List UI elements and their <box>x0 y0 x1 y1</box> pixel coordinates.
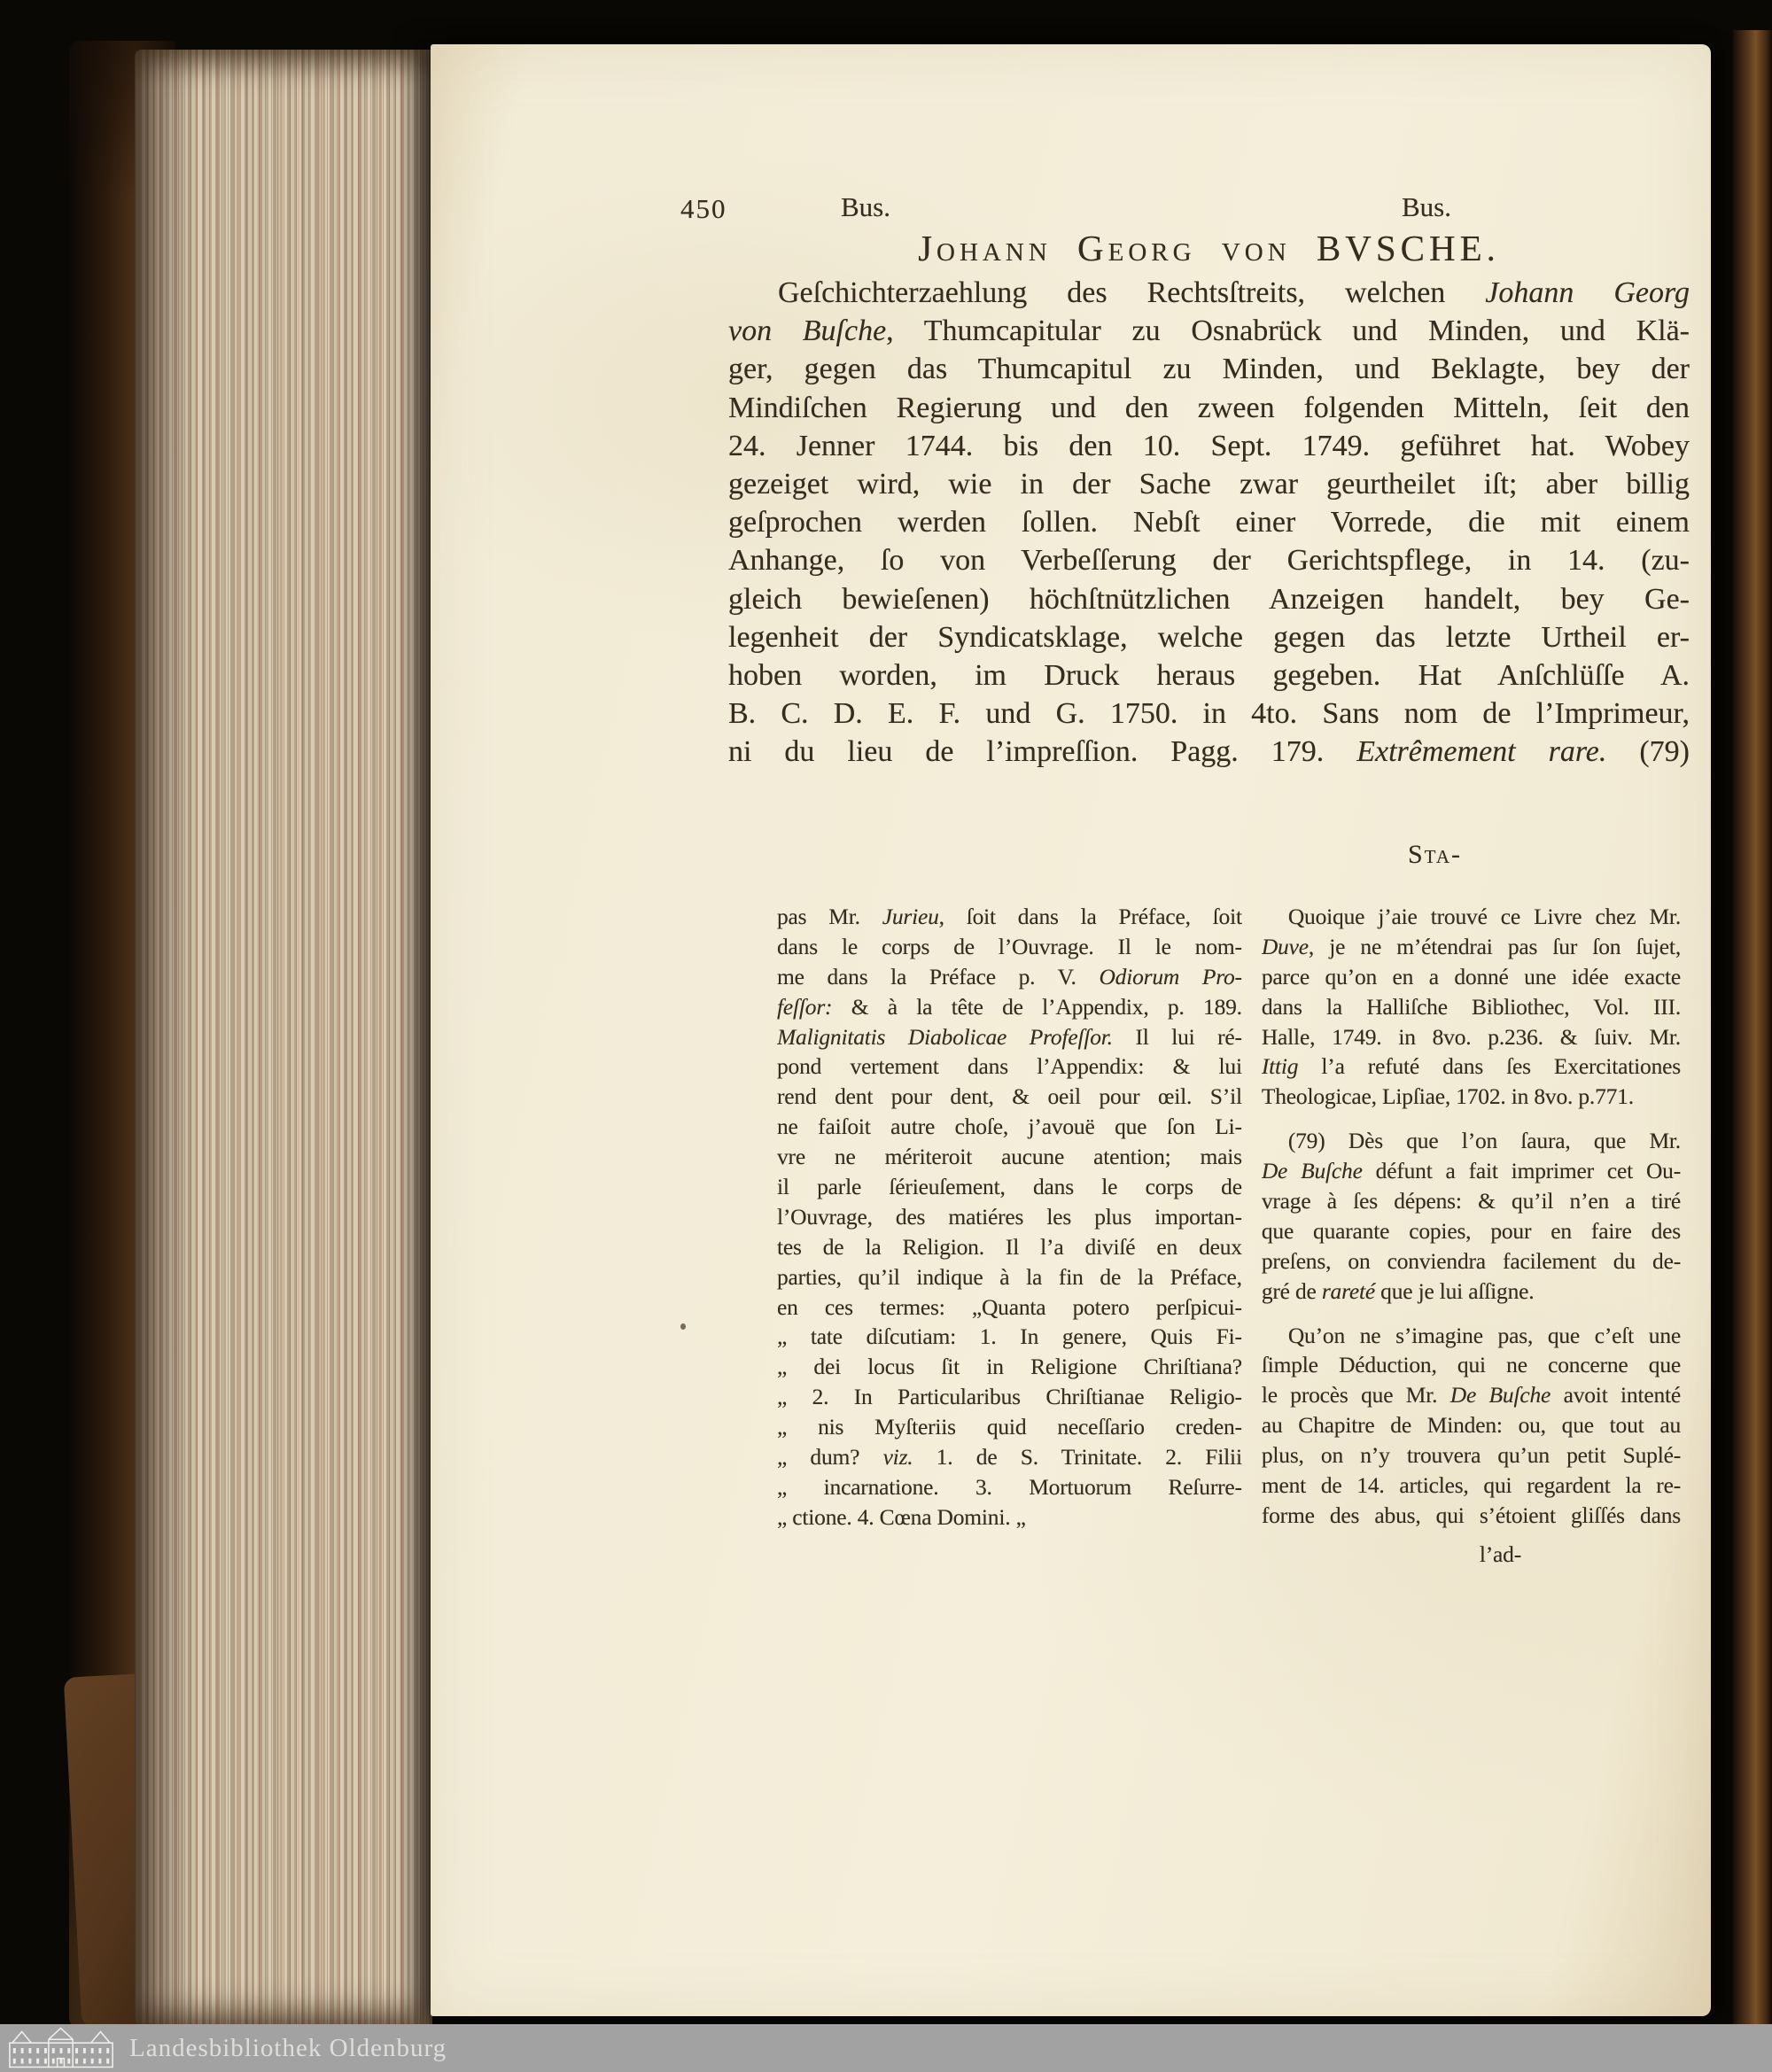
text: & à la tête de l’Appendix, p. 189. <box>832 994 1242 1020</box>
text: 1. de S. Trinitate. 2. Filii <box>913 1444 1241 1470</box>
text: rend dent pour dent, & oeil pour œil. S’… <box>777 1083 1242 1109</box>
text-line: ne faiſoit autre choſe, j’avouë que ſon … <box>777 1114 1242 1144</box>
running-header-left: Bus. <box>812 191 919 223</box>
text-line: gezeiget wird, wie in der Sache zwar geu… <box>728 468 1690 506</box>
text-line: au Chapitre de Minden: ou, que tout au <box>1262 1412 1681 1442</box>
italic-text: Extrêmement rare. <box>1356 735 1606 768</box>
page-number: 450 <box>680 193 727 225</box>
text: dans le corps de l’Ouvrage. Il le nom- <box>777 934 1242 959</box>
main-paragraph: Geſchichterzaehlung des Rechtsſtreits, w… <box>728 276 1690 773</box>
text-line: „ dum? viz. 1. de S. Trinitate. 2. Filii <box>777 1444 1242 1474</box>
text-line: Ittig l’a refuté dans ſes Exercitationes <box>1262 1053 1681 1083</box>
text: ni du lieu de l’impreſſion. Pagg. 179. <box>728 735 1356 768</box>
text-line: ger, gegen das Thumcapitul zu Minden, un… <box>728 353 1690 391</box>
text-line: pas Mr. Jurieu, ſoit dans la Préface, ſo… <box>777 904 1242 934</box>
text: hoben worden, im Druck heraus gegeben. H… <box>728 659 1690 692</box>
text: (79) <box>1606 735 1690 768</box>
library-building-icon <box>7 2027 115 2069</box>
italic-text: Odiorum Pro- <box>1099 964 1241 989</box>
text-line: ment de 14. articles, qui regardent la r… <box>1262 1472 1681 1502</box>
text-line: Geſchichterzaehlung des Rechtsſtreits, w… <box>728 276 1690 314</box>
text: l’a refuté dans ſes Exercitationes <box>1298 1053 1681 1079</box>
italic-text: De Buſche <box>1450 1382 1550 1408</box>
text-line: von Buſche, Thumcapitular zu Osnabrück u… <box>728 314 1690 353</box>
text-line: geſprochen werden ſollen. Nebſt einer Vo… <box>728 506 1690 544</box>
italic-text: Jurieu <box>882 904 939 929</box>
text: que quarante copies, pour en faire des <box>1262 1218 1681 1244</box>
text: pond vertement dans l’Appendix: & lui <box>777 1053 1242 1079</box>
text-line: me dans la Préface p. V. Odiorum Pro- <box>777 964 1242 994</box>
text: l’Ouvrage, des matiéres les plus importa… <box>777 1204 1242 1230</box>
text-line: pond vertement dans l’Appendix: & lui <box>777 1053 1242 1083</box>
library-name: Landesbibliothek Oldenburg <box>129 2034 447 2063</box>
text-line: en ces termes: „Quanta potero perſpicui- <box>777 1294 1242 1324</box>
text-line: il parle ſérieuſement, dans le corps de <box>777 1174 1242 1204</box>
text: gezeiget wird, wie in der Sache zwar geu… <box>728 468 1690 501</box>
italic-text: Johann Georg <box>1485 276 1690 309</box>
running-header-right: Bus. <box>1373 191 1480 223</box>
text: Quoique j’aie trouvé ce Livre chez Mr. <box>1288 904 1681 929</box>
text: Geſchichterzaehlung des Rechtsſtreits, w… <box>778 276 1485 309</box>
text: B. C. D. E. F. und G. 1750. in 4to. Sans… <box>728 697 1690 730</box>
italic-text: von Buſche <box>728 314 886 347</box>
text-line: le procès que Mr. De Buſche avoit intent… <box>1262 1382 1681 1412</box>
text: „ ctione. 4. Cœna Domini. „ <box>777 1504 1026 1530</box>
text: preſens, on conviendra facilement du de- <box>1262 1248 1681 1274</box>
text-line: „ dei locus ſit in Religione Chriſtiana? <box>777 1354 1242 1384</box>
italic-text: viz. <box>883 1444 913 1470</box>
footnote-catchword: l’ad- <box>1262 1541 1681 1568</box>
text-line: „ tate diſcutiam: 1. In genere, Quis Fi- <box>777 1323 1242 1354</box>
text-line: 24. Jenner 1744. bis den 10. Sept. 1749.… <box>728 430 1690 468</box>
text: ne faiſoit autre choſe, j’avouë que ſon … <box>777 1114 1242 1139</box>
text-line: parce qu’on en a donné une idée exacte <box>1262 964 1681 994</box>
page-edges <box>135 50 432 2025</box>
library-footer-bar: Landesbibliothek Oldenburg <box>0 2024 1772 2072</box>
book-page: 450 Bus. Bus. Johann Georg von BVSCHE. G… <box>431 44 1711 2016</box>
text-line: gleich bewieſenen) höchſtnützlichen Anze… <box>728 583 1690 621</box>
text: ger, gegen das Thumcapitul zu Minden, un… <box>728 353 1690 385</box>
text: forme des abus, qui s’étoient gliſſés da… <box>1262 1502 1681 1528</box>
text-line: tes de la Religion. Il l’a diviſé en deu… <box>777 1234 1242 1264</box>
text: geſprochen werden ſollen. Nebſt einer Vo… <box>728 506 1690 539</box>
italic-text: Malignitatis Diabolicae Profeſſor. <box>777 1024 1113 1050</box>
text: en ces termes: „Quanta potero perſpicui- <box>777 1294 1242 1320</box>
text: Il lui ré- <box>1113 1024 1242 1050</box>
text-line: ni du lieu de l’impreſſion. Pagg. 179. E… <box>728 735 1690 773</box>
text-line: ſimple Déduction, qui ne concerne que <box>1262 1352 1681 1382</box>
text-line: Quoique j’aie trouvé ce Livre chez Mr. <box>1262 904 1681 934</box>
text-line: De Buſche défunt a fait imprimer cet Ou- <box>1262 1158 1681 1188</box>
text-line: Mindiſchen Regierung und den zween folge… <box>728 392 1690 430</box>
text: dans la Halliſche Bibliothec, Vol. III. <box>1262 994 1681 1020</box>
text: Anhange, ſo von Verbeſſerung der Gericht… <box>728 544 1690 577</box>
text: pas Mr. <box>777 904 882 929</box>
text: „ tate diſcutiam: 1. In genere, Quis Fi- <box>777 1323 1242 1349</box>
text-line: rend dent pour dent, & oeil pour œil. S’… <box>777 1083 1242 1114</box>
text-line: „ incarnatione. 3. Mortuorum Reſurre- <box>777 1474 1242 1504</box>
italic-text: De Buſche <box>1262 1158 1363 1183</box>
text: il parle ſérieuſement, dans le corps de <box>777 1174 1242 1199</box>
text: , Thumcapitular zu Osnabrück und Minden,… <box>886 314 1690 347</box>
text: gré de <box>1262 1278 1322 1304</box>
text-line: Anhange, ſo von Verbeſſerung der Gericht… <box>728 544 1690 582</box>
text: legenheit der Syndicatsklage, welche geg… <box>728 621 1690 654</box>
text: „ dum? <box>777 1444 883 1470</box>
text-line: Theologicae, Lipſiae, 1702. in 8vo. p.77… <box>1262 1083 1681 1114</box>
text: le procès que Mr. <box>1262 1382 1450 1408</box>
text: „ 2. In Particularibus Chriſtianae Relig… <box>777 1384 1242 1409</box>
footnotes: pas Mr. Jurieu, ſoit dans la Préface, ſo… <box>777 904 1681 1568</box>
text-line: parties, qu’il indique à la fin de la Pr… <box>777 1264 1242 1294</box>
footnote-right-paragraphs: Quoique j’aie trouvé ce Livre chez Mr.Du… <box>1262 904 1681 1533</box>
text: „ incarnatione. 3. Mortuorum Reſurre- <box>777 1474 1242 1500</box>
text: parce qu’on en a donné une idée exacte <box>1262 964 1681 989</box>
text: Halle, 1749. in 8vo. p.236. & ſuiv. Mr. <box>1262 1024 1681 1050</box>
footnote-paragraph: Quoique j’aie trouvé ce Livre chez Mr.Du… <box>1262 904 1681 1114</box>
book-right-cover-edge <box>1733 30 1772 2025</box>
text-line: Qu’on ne s’imagine pas, que c’eſt une <box>1262 1323 1681 1353</box>
text: au Chapitre de Minden: ou, que tout au <box>1262 1412 1681 1438</box>
text: gleich bewieſenen) höchſtnützlichen Anze… <box>728 583 1690 616</box>
text-line: B. C. D. E. F. und G. 1750. in 4to. Sans… <box>728 697 1690 735</box>
text-line: „ ctione. 4. Cœna Domini. „ <box>777 1504 1242 1534</box>
catchword: Sta- <box>728 840 1462 870</box>
text: que je lui aſſigne. <box>1375 1278 1534 1304</box>
text: ment de 14. articles, qui regardent la r… <box>1262 1472 1681 1498</box>
footnote-column-left: pas Mr. Jurieu, ſoit dans la Préface, ſo… <box>777 904 1242 1568</box>
text: , je ne m’étendrai pas ſur ſon ſujet, <box>1309 934 1681 959</box>
text: vre ne mériteroit aucune atention; mais <box>777 1144 1242 1169</box>
text: tes de la Religion. Il l’a diviſé en deu… <box>777 1234 1242 1260</box>
text-line: Halle, 1749. in 8vo. p.236. & ſuiv. Mr. <box>1262 1024 1681 1054</box>
text: vrage à ſes dépens: & qu’il n’en a tiré <box>1262 1188 1681 1214</box>
text: avoit intenté <box>1550 1382 1681 1408</box>
text-line: Malignitatis Diabolicae Profeſſor. Il lu… <box>777 1024 1242 1054</box>
text: , ſoit dans la Préface, ſoit <box>939 904 1242 929</box>
footnote-column-right: Quoique j’aie trouvé ce Livre chez Mr.Du… <box>1262 904 1681 1568</box>
text-line: vre ne mériteroit aucune atention; mais <box>777 1144 1242 1174</box>
text: me dans la Préface p. V. <box>777 964 1099 989</box>
text-line: feſſor: & à la tête de l’Appendix, p. 18… <box>777 994 1242 1024</box>
text-line: dans la Halliſche Bibliothec, Vol. III. <box>1262 994 1681 1024</box>
italic-text: rareté <box>1322 1278 1375 1304</box>
text: „ dei locus ſit in Religione Chriſtiana? <box>777 1354 1242 1379</box>
text: Mindiſchen Regierung und den zween folge… <box>728 392 1690 424</box>
text-line: l’Ouvrage, des matiéres les plus importa… <box>777 1204 1242 1234</box>
text-line: gré de rareté que je lui aſſigne. <box>1262 1278 1681 1308</box>
text: défunt a fait imprimer cet Ou- <box>1363 1158 1681 1183</box>
text: ſimple Déduction, qui ne concerne que <box>1262 1352 1681 1377</box>
text-line: (79) Dès que l’on ſaura, que Mr. <box>1262 1128 1681 1158</box>
text: parties, qu’il indique à la fin de la Pr… <box>777 1264 1242 1290</box>
text-line: hoben worden, im Druck heraus gegeben. H… <box>728 659 1690 697</box>
text-line: vrage à ſes dépens: & qu’il n’en a tiré <box>1262 1188 1681 1218</box>
footnote-paragraph: Qu’on ne s’imagine pas, que c’eſt uneſim… <box>1262 1323 1681 1533</box>
text-line: Duve, je ne m’étendrai pas ſur ſon ſujet… <box>1262 934 1681 964</box>
text: Qu’on ne s’imagine pas, que c’eſt une <box>1288 1323 1681 1348</box>
footnote-paragraph: (79) Dès que l’on ſaura, que Mr.De Buſch… <box>1262 1128 1681 1308</box>
text: (79) Dès que l’on ſaura, que Mr. <box>1288 1128 1681 1153</box>
text-line: legenheit der Syndicatsklage, welche geg… <box>728 621 1690 659</box>
italic-text: Ittig <box>1262 1053 1299 1079</box>
paper-stain <box>680 1323 686 1330</box>
italic-text: feſſor: <box>777 994 832 1020</box>
text-line: forme des abus, qui s’étoient gliſſés da… <box>1262 1502 1681 1533</box>
italic-text: Duve <box>1262 934 1309 959</box>
text-line: „ nis Myſteriis quid neceſſario creden- <box>777 1414 1242 1444</box>
text: 24. Jenner 1744. bis den 10. Sept. 1749.… <box>728 430 1690 462</box>
text-line: „ 2. In Particularibus Chriſtianae Relig… <box>777 1384 1242 1414</box>
article-title: Johann Georg von BVSCHE. <box>728 227 1690 269</box>
text: plus, on n’y trouvera qu’un petit Suplé- <box>1262 1442 1681 1468</box>
text-line: plus, on n’y trouvera qu’un petit Suplé- <box>1262 1442 1681 1472</box>
text-line: que quarante copies, pour en faire des <box>1262 1218 1681 1248</box>
text-line: dans le corps de l’Ouvrage. Il le nom- <box>777 934 1242 964</box>
text-line: preſens, on conviendra facilement du de- <box>1262 1248 1681 1278</box>
text: Theologicae, Lipſiae, 1702. in 8vo. p.77… <box>1262 1083 1634 1109</box>
text: „ nis Myſteriis quid neceſſario creden- <box>777 1414 1242 1440</box>
